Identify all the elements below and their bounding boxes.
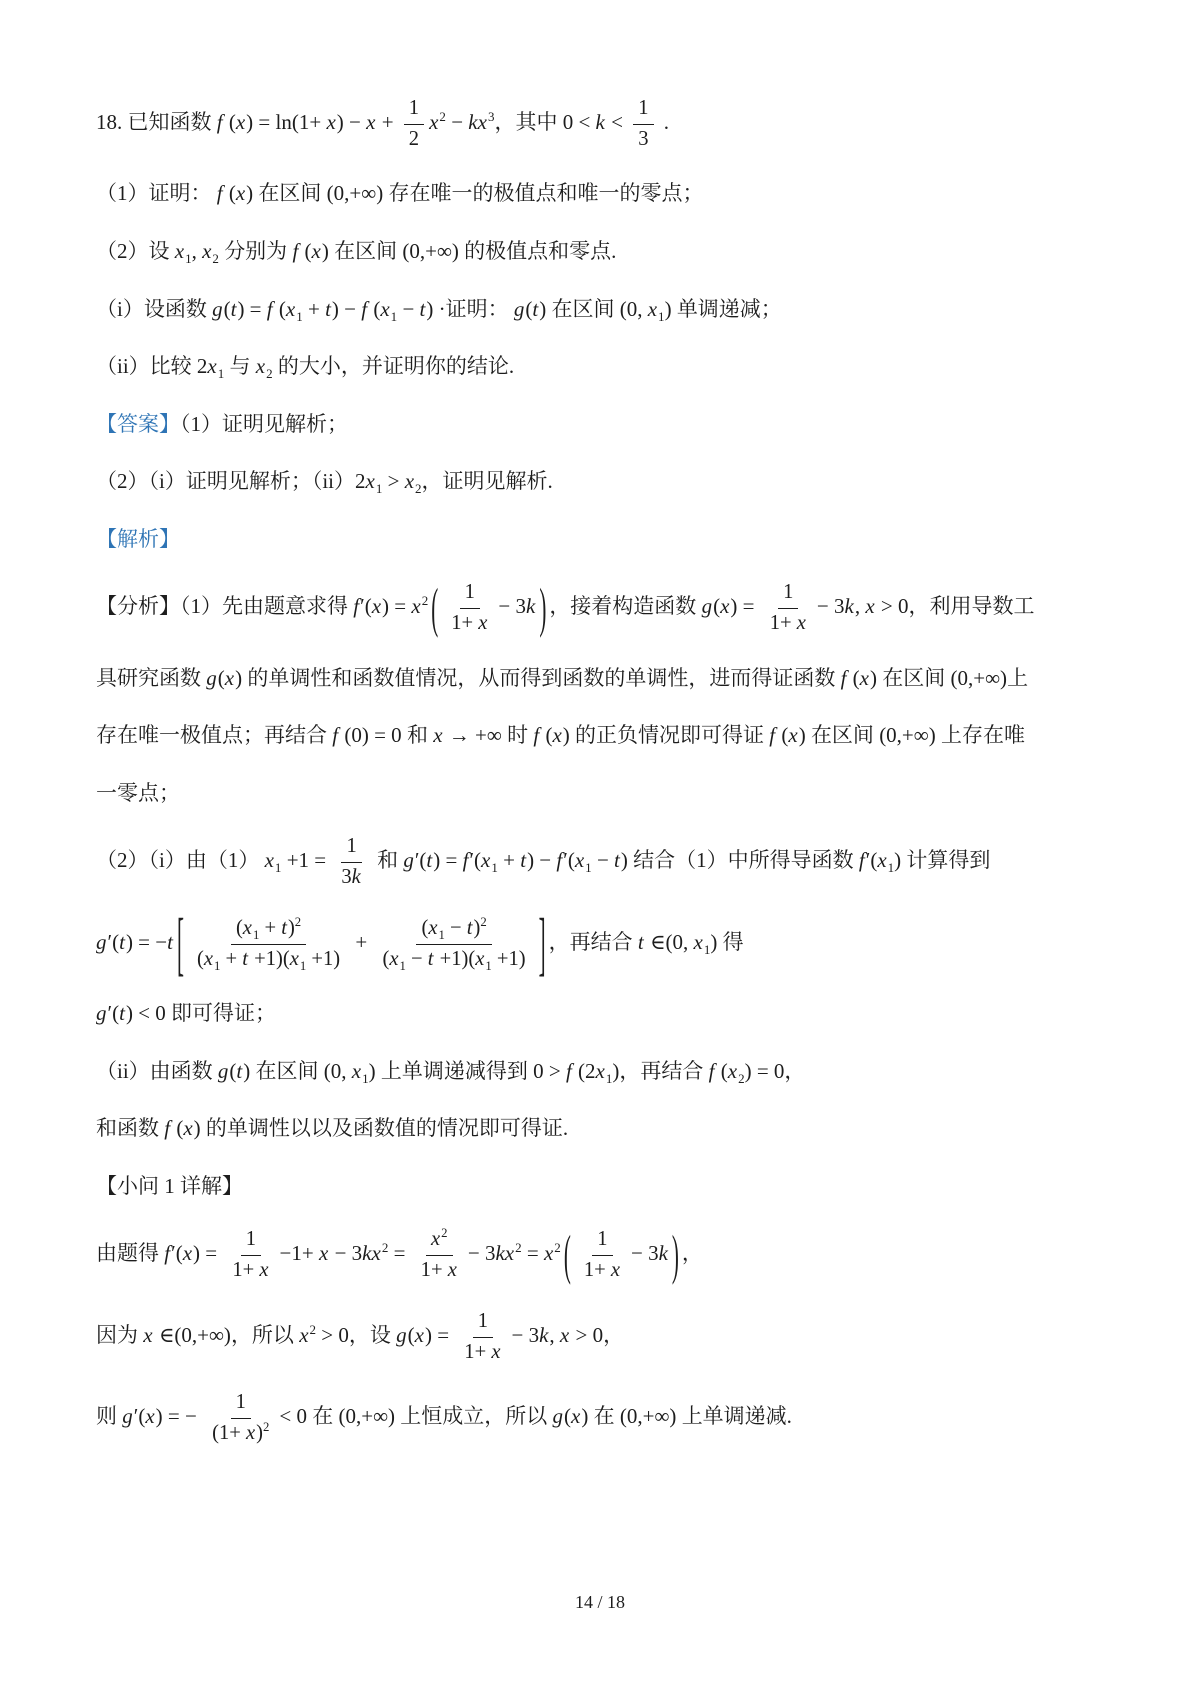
fraction: 1(1+ x)2 bbox=[207, 1390, 274, 1446]
text-run: 结合（1）中所得导函数 bbox=[628, 848, 859, 872]
fraction-numerator: 1 bbox=[778, 580, 798, 609]
math-run: g′(x) = − bbox=[122, 1404, 202, 1428]
math-run: g(x) = bbox=[396, 1323, 454, 1347]
text-run: ·证明： bbox=[433, 297, 514, 321]
math-run: 2x1 > x2 bbox=[355, 469, 422, 493]
big-delimiter: ( bbox=[431, 566, 438, 651]
math-run: g(t) bbox=[514, 297, 546, 321]
text-run: 在区间 bbox=[806, 723, 880, 747]
math-run: 1 bbox=[409, 97, 419, 119]
fraction: 13k bbox=[336, 834, 366, 890]
text-run: 在区间 bbox=[546, 297, 620, 321]
text-run: ，接着构造函数 bbox=[549, 594, 701, 618]
math-run: g(t) bbox=[218, 1059, 250, 1083]
math-run: 1+ x bbox=[464, 1341, 501, 1363]
math-run: x2 bbox=[256, 354, 273, 378]
math-run: (x1 + t +1)(x1 +1) bbox=[197, 948, 340, 970]
text-run: ，所以 bbox=[231, 1323, 299, 1347]
math-run: f′(x) = x2 bbox=[353, 594, 428, 618]
math-run: f′(x1) bbox=[859, 848, 901, 872]
part-2-ii: （ii）比较 2x1 与 x2 的大小，并证明你的结论. bbox=[96, 350, 1112, 383]
text-run: 则 bbox=[96, 1404, 122, 1428]
math-run: x1, x2 bbox=[175, 239, 219, 263]
math-run: f (x2) = 0 bbox=[709, 1059, 785, 1083]
math-run: f (x) = bbox=[217, 110, 276, 134]
text-run: 分别为 bbox=[219, 239, 293, 263]
fraction: 13 bbox=[633, 96, 653, 152]
analysis-para-6: g′(t) < 0 即可得证； bbox=[96, 997, 1112, 1030]
text-run: ，利用导数工 bbox=[909, 594, 1035, 618]
text-run: 【分析】（1）先由题意求得 bbox=[96, 594, 353, 618]
math-run: (0,+∞) bbox=[951, 666, 1008, 690]
fraction-denominator: 3k bbox=[336, 863, 366, 891]
fraction: (x1 + t)2(x1 + t +1)(x1 +1) bbox=[192, 916, 345, 972]
part-2: （2）设 x1, x2 分别为 f (x) 在区间 (0,+∞) 的极值点和零点… bbox=[96, 235, 1112, 268]
fraction: 11+ x bbox=[227, 1227, 274, 1283]
text-run: 因为 bbox=[96, 1323, 143, 1347]
math-run: f (x) bbox=[841, 666, 877, 690]
fraction-numerator: 1 bbox=[473, 1309, 493, 1338]
fraction-denominator: 1+ x bbox=[446, 609, 493, 637]
math-run: 0 > f (2x1) bbox=[533, 1059, 619, 1083]
fraction-denominator: 1+ x bbox=[227, 1256, 274, 1284]
part-1: （1）证明： f (x) 在区间 (0,+∞) 存在唯一的极值点和唯一的零点； bbox=[96, 177, 1112, 210]
text-run: 具研究函数 bbox=[96, 666, 206, 690]
math-run: 3 bbox=[638, 128, 648, 150]
math-run: g(t) = f (x1 + t) − f (x1 − t) bbox=[212, 297, 433, 321]
text-run: 在区间 bbox=[250, 1059, 324, 1083]
math-run: (0,+∞) bbox=[879, 723, 936, 747]
text-run: ln bbox=[276, 110, 292, 134]
math-run: x ∈(0,+∞) bbox=[143, 1323, 231, 1347]
fraction-numerator: 1 bbox=[633, 96, 653, 125]
text-run: 在区间 bbox=[329, 239, 403, 263]
fraction: 12 bbox=[404, 96, 424, 152]
math-run: g(x) bbox=[553, 1404, 589, 1428]
fraction-numerator: 1 bbox=[241, 1227, 261, 1256]
detail-1-line-3: 则 g′(x) = − 1(1+ x)2< 0 在 (0,+∞) 上恒成立，所以… bbox=[96, 1390, 1112, 1446]
analysis-para-1: 【分析】（1）先由题意求得 f′(x) = x2(11+ x− 3k)，接着构造… bbox=[96, 580, 1112, 636]
text-run: （2）设 bbox=[96, 239, 175, 263]
text-run: 在 bbox=[588, 1404, 620, 1428]
math-run: − 3kx2 = x2 bbox=[468, 1241, 561, 1265]
fraction-numerator: 1 bbox=[231, 1390, 251, 1419]
math-run: g′(t) = f′(x1 + t) − f′(x1 − t) bbox=[403, 848, 628, 872]
math-run: 1 bbox=[597, 1228, 607, 1250]
fraction: x21+ x bbox=[416, 1227, 463, 1283]
math-run: x2 > 0 bbox=[299, 1323, 349, 1347]
math-run: (0, x1) bbox=[620, 297, 672, 321]
answer-line-1: 【答案】（1）证明见解析； bbox=[96, 408, 1112, 441]
fraction-denominator: 1+ x bbox=[579, 1256, 626, 1284]
math-run: f (x) bbox=[292, 239, 328, 263]
detail-1-line-2: 因为 x ∈(0,+∞)，所以 x2 > 0，设 g(x) = 11+ x− 3… bbox=[96, 1309, 1112, 1365]
text-run: 得 bbox=[717, 930, 743, 954]
fraction: 11+ x bbox=[446, 580, 493, 636]
fraction-denominator: (x1 − t +1)(x1 +1) bbox=[377, 945, 530, 973]
text-run: 的正负情况即可得证 bbox=[570, 723, 770, 747]
page-number: 14 / 18 bbox=[0, 1592, 1200, 1613]
math-run: 1+ x bbox=[421, 1259, 458, 1281]
big-delimiter: ( bbox=[564, 1213, 571, 1298]
math-run: (0,+∞) bbox=[402, 239, 459, 263]
analysis-para-3: 存在唯一极值点；再结合 f (0) = 0 和 x → +∞ 时 f (x) 的… bbox=[96, 719, 1112, 752]
math-run: (x1 − t)2 bbox=[421, 917, 486, 939]
fraction-denominator: (1+ x)2 bbox=[207, 1419, 274, 1447]
math-run: g′(t) = −t bbox=[96, 930, 174, 954]
text-run: ，设 bbox=[349, 1323, 396, 1347]
math-run: x1 +1 = bbox=[265, 848, 332, 872]
text-run: 上恒成立，所以 bbox=[395, 1404, 553, 1428]
math-run: − 3k, x > 0 bbox=[511, 1323, 603, 1347]
math-run: < 0 bbox=[279, 1404, 307, 1428]
text-run: 和函数 bbox=[96, 1116, 164, 1140]
text-run: 存在唯一的极值点和唯一的零点； bbox=[383, 181, 703, 205]
text-run: （1）证明： bbox=[96, 181, 217, 205]
math-run: − 3k bbox=[631, 1241, 669, 1265]
fraction-numerator: 1 bbox=[341, 834, 361, 863]
fraction-numerator: 1 bbox=[460, 580, 480, 609]
section-label: 【解析】 bbox=[96, 527, 180, 551]
section-label: 【答案】 bbox=[96, 412, 180, 436]
text-run: 上单调递减. bbox=[676, 1404, 792, 1428]
fraction: 11+ x bbox=[765, 580, 812, 636]
fraction-numerator: x2 bbox=[426, 1227, 453, 1256]
math-run: (1+ x)2 bbox=[212, 1422, 269, 1444]
fraction: 11+ x bbox=[459, 1309, 506, 1365]
math-run: x → +∞ bbox=[433, 723, 502, 747]
analysis-para-8: 和函数 f (x) 的单调性以以及函数值的情况即可得证. bbox=[96, 1112, 1112, 1145]
analysis-header: 【解析】 bbox=[96, 523, 1112, 556]
analysis-formula-gprime: g′(t) = −t[(x1 + t)2(x1 + t +1)(x1 +1) +… bbox=[96, 916, 1112, 972]
text-run: （1）证明见解析； bbox=[180, 412, 348, 436]
math-run: (0,+∞) bbox=[338, 1404, 395, 1428]
text-run: 与 bbox=[224, 354, 256, 378]
math-run: f (x) bbox=[769, 723, 805, 747]
fraction-denominator: (x1 + t +1)(x1 +1) bbox=[192, 945, 345, 973]
text-run: 时 bbox=[502, 723, 534, 747]
fraction-denominator: 2 bbox=[404, 125, 424, 153]
big-delimiter: [ bbox=[177, 889, 184, 1000]
fraction-numerator: (x1 − t)2 bbox=[416, 916, 491, 945]
math-run: 1+ x bbox=[770, 612, 807, 634]
big-delimiter: ) bbox=[672, 1213, 679, 1298]
math-run: f (x) bbox=[217, 181, 253, 205]
problem-18-statement: 18. 已知函数 f (x) = ln(1+ x) − x + 12x2 − k… bbox=[96, 96, 1112, 152]
text-run: （i）设函数 bbox=[96, 297, 212, 321]
math-run: (0,+∞) bbox=[327, 181, 384, 205]
big-delimiter: ) bbox=[539, 566, 546, 651]
fraction: (x1 − t)2(x1 − t +1)(x1 +1) bbox=[377, 916, 530, 972]
text-run: ， bbox=[603, 1323, 624, 1347]
text-run: 和 bbox=[402, 723, 434, 747]
fraction-numerator: 1 bbox=[404, 96, 424, 125]
fraction-numerator: 1 bbox=[592, 1227, 612, 1256]
text-run: 【小问 1 详解】 bbox=[96, 1174, 243, 1198]
text-run: 上存在唯 bbox=[936, 723, 1025, 747]
text-run: 的极值点和零点. bbox=[459, 239, 617, 263]
analysis-para-5: （2）（i）由（1） x1 +1 = 13k 和 g′(t) = f′(x1 +… bbox=[96, 834, 1112, 890]
math-run: 1 bbox=[465, 581, 475, 603]
analysis-para-4: 一零点； bbox=[96, 777, 1112, 810]
text-run: 的大小，并证明你的结论. bbox=[273, 354, 515, 378]
fraction: 11+ x bbox=[579, 1227, 626, 1283]
math-run: f′(x) = bbox=[164, 1241, 222, 1265]
math-run: + bbox=[350, 930, 372, 954]
detail-1-line-1: 由题得 f′(x) = 11+ x−1+ x − 3kx2 = x21+ x− … bbox=[96, 1227, 1112, 1283]
fraction-denominator: 1+ x bbox=[459, 1338, 506, 1366]
text-run: 和 bbox=[372, 848, 404, 872]
text-run: 一零点； bbox=[96, 781, 180, 805]
detail-1-header: 【小问 1 详解】 bbox=[96, 1170, 1112, 1203]
text-run: 的单调性以以及函数值的情况即可得证. bbox=[201, 1116, 569, 1140]
document-body: 18. 已知函数 f (x) = ln(1+ x) − x + 12x2 − k… bbox=[96, 96, 1112, 1447]
analysis-para-7: （ii）由函数 g(t) 在区间 (0, x1) 上单调递减得到 0 > f (… bbox=[96, 1055, 1112, 1088]
math-run: − 3k bbox=[498, 594, 536, 618]
text-run: ，再结合 bbox=[619, 1059, 708, 1083]
text-run: ， bbox=[784, 1059, 805, 1083]
text-run: 由题得 bbox=[96, 1241, 164, 1265]
text-run: （2）（i）由（1） bbox=[96, 848, 265, 872]
math-run: (0,+∞) bbox=[620, 1404, 677, 1428]
analysis-para-2: 具研究函数 g(x) 的单调性和函数值情况，从而得到函数的单调性，进而得证函数 … bbox=[96, 662, 1112, 695]
math-run: x2 bbox=[431, 1228, 448, 1250]
math-run: 1 bbox=[783, 581, 793, 603]
text-run: ， bbox=[682, 1241, 703, 1265]
math-run: 1 bbox=[346, 835, 356, 857]
text-run: ，其中 bbox=[494, 110, 562, 134]
text-run: 在区间 bbox=[253, 181, 327, 205]
math-run: 2 bbox=[409, 128, 419, 150]
math-run: −1+ x − 3kx2 = bbox=[280, 1241, 411, 1265]
text-run: 18. 已知函数 bbox=[96, 110, 217, 134]
text-run: （ii）由函数 bbox=[96, 1059, 218, 1083]
math-run: 3k bbox=[341, 866, 361, 888]
math-run: f (x) bbox=[164, 1116, 200, 1140]
text-run: 存在唯一极值点；再结合 bbox=[96, 723, 332, 747]
text-run: 的单调性和函数值情况，从而得到函数的单调性，进而得证函数 bbox=[242, 666, 841, 690]
math-run: g(x) bbox=[206, 666, 242, 690]
math-run: 0 < k < bbox=[563, 110, 629, 134]
math-run: 1 bbox=[236, 1391, 246, 1413]
math-run: 1+ x bbox=[451, 612, 488, 634]
math-run: − 3k, x > 0 bbox=[817, 594, 909, 618]
text-run: 在 bbox=[307, 1404, 339, 1428]
big-delimiter: ] bbox=[539, 889, 546, 1000]
fraction-numerator: (x1 + t)2 bbox=[231, 916, 306, 945]
math-run: (x1 − t +1)(x1 +1) bbox=[382, 948, 525, 970]
text-run: （2）（i）证明见解析；（ii） bbox=[96, 469, 355, 493]
math-run: 2x1 bbox=[197, 354, 224, 378]
math-run: (x1 + t)2 bbox=[236, 917, 301, 939]
text-run: 计算得到 bbox=[901, 848, 990, 872]
text-run: 单调递减； bbox=[672, 297, 782, 321]
text-run: （ii）比较 bbox=[96, 354, 197, 378]
math-run: f (0) = 0 bbox=[332, 723, 401, 747]
text-run: 上单调递减得到 bbox=[376, 1059, 534, 1083]
text-run: ，再结合 bbox=[549, 930, 638, 954]
math-run: 1+ x bbox=[584, 1259, 621, 1281]
text-run: 在区间 bbox=[877, 666, 951, 690]
document-page: 18. 已知函数 f (x) = ln(1+ x) − x + 12x2 − k… bbox=[0, 0, 1200, 1697]
fraction-denominator: 3 bbox=[633, 125, 653, 153]
text-run: 上 bbox=[1007, 666, 1028, 690]
math-run: 1 bbox=[638, 97, 648, 119]
math-run: 1 bbox=[478, 1310, 488, 1332]
math-run: (0, x1) bbox=[324, 1059, 376, 1083]
math-run: 1+ x bbox=[232, 1259, 269, 1281]
text-run: 即可得证； bbox=[166, 1001, 276, 1025]
fraction-denominator: 1+ x bbox=[416, 1256, 463, 1284]
math-run: x2 − kx3 bbox=[429, 110, 494, 134]
text-run: . bbox=[659, 110, 670, 134]
math-run: 1 bbox=[246, 1228, 256, 1250]
part-2-i: （i）设函数 g(t) = f (x1 + t) − f (x1 − t) ·证… bbox=[96, 293, 1112, 326]
math-run: g′(t) < 0 bbox=[96, 1001, 166, 1025]
text-run: ，证明见解析. bbox=[422, 469, 553, 493]
fraction-denominator: 1+ x bbox=[765, 609, 812, 637]
math-run: (1+ x) − x + bbox=[292, 110, 399, 134]
math-run: f (x) bbox=[533, 723, 569, 747]
math-run: g(x) = bbox=[702, 594, 760, 618]
answer-line-2: （2）（i）证明见解析；（ii）2x1 > x2，证明见解析. bbox=[96, 465, 1112, 498]
math-run: t ∈(0, x1) bbox=[638, 930, 717, 954]
